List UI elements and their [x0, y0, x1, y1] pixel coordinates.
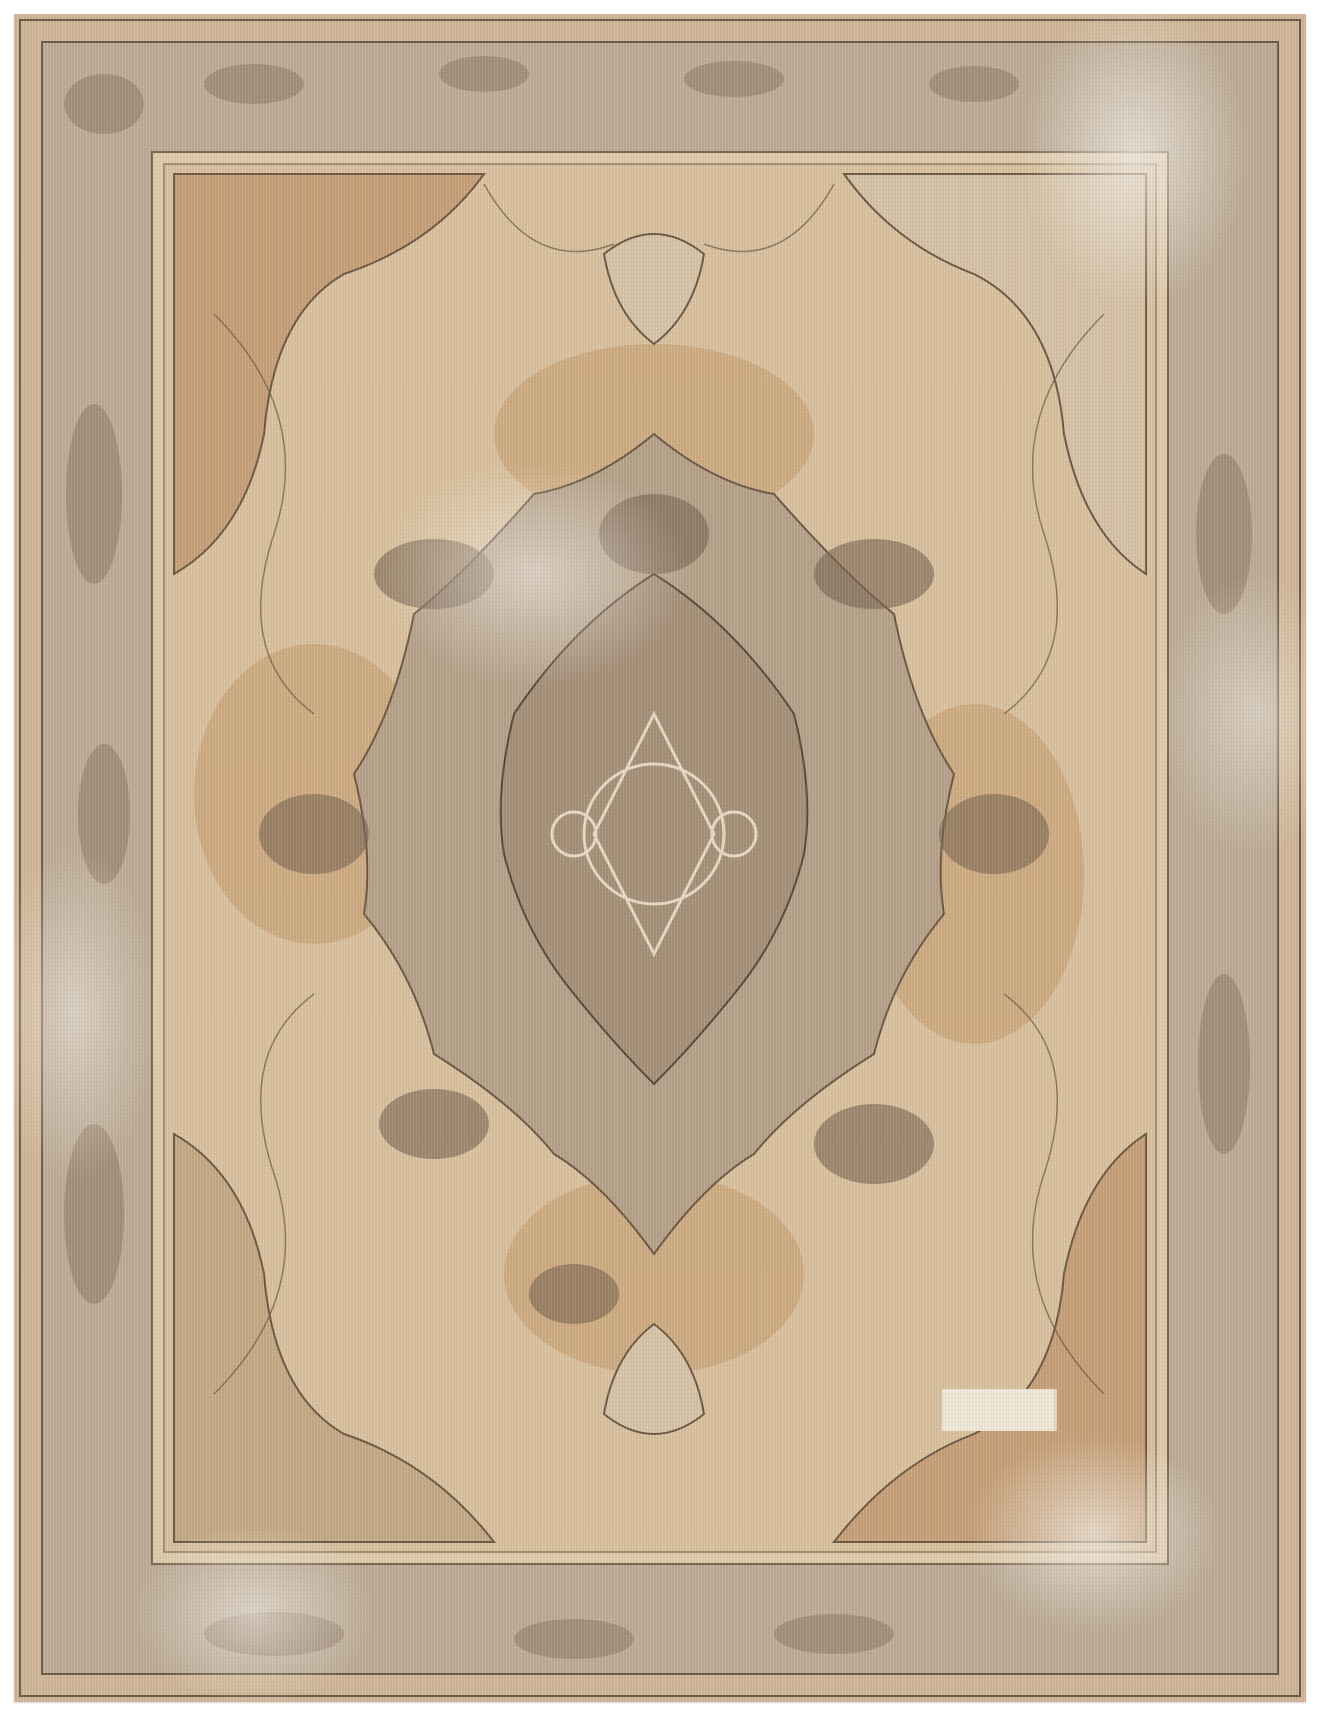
- rug: [14, 14, 1306, 1702]
- product-photo: [0, 0, 1332, 1713]
- rug-pattern: [14, 14, 1306, 1702]
- repair-patch: [942, 1389, 1057, 1431]
